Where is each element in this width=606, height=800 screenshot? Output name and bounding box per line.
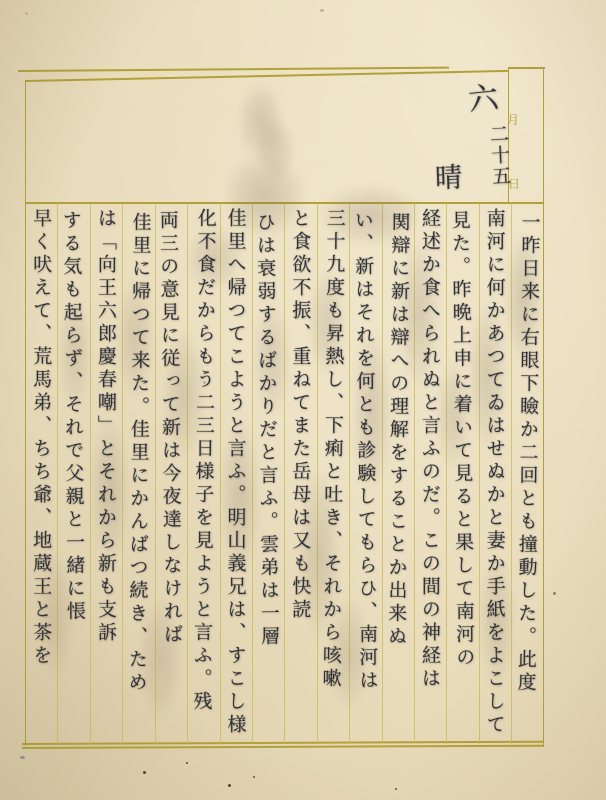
text-column: は「向王六郎慶春嘲」とそれから新も支訴 xyxy=(90,208,122,742)
paper-speck xyxy=(20,756,25,759)
paper-speck xyxy=(320,9,324,12)
text-column: 両三の意見に従って新は今夜達しなければ xyxy=(152,210,190,742)
text-column: 佳里に帰つて来た。佳里にかんばつ続き、ため xyxy=(120,212,157,742)
paper-speck xyxy=(186,762,188,764)
text-column: 三十九度も昇熱し、下痢と吐き、それから咳嗽 xyxy=(314,208,351,742)
manuscript-page: 六 月 二十五 日 晴 一昨日来に右眼下瞼か二回とも撞動した。此度 南河に何かあ… xyxy=(0,0,606,800)
text-column: い、新はそれを何とも診験してもらひ、南河は xyxy=(346,210,384,742)
bottom-rule-outer xyxy=(22,745,544,749)
text-column: 佳里へ帰つてこようと言ふ。明山義兄は、すこし様 xyxy=(219,208,251,742)
text-column: ひは衰弱するばかりだと言ふ。雲弟は一層 xyxy=(249,212,287,742)
text-column: 南河に何かあつてゐはせぬかと妻か手紙をよこして xyxy=(478,208,510,742)
ink-bleed-smudge xyxy=(256,118,296,180)
text-column: と食欲不振、重ねてまた岳母は又も快読 xyxy=(284,208,316,742)
text-column: 一昨日来に右眼下瞼か二回とも撞動した。此度 xyxy=(508,212,543,742)
paper-speck xyxy=(253,776,255,778)
ink-bleed-smudge xyxy=(238,82,284,162)
paper-speck xyxy=(143,771,146,774)
text-column: 化不食だからもう二三日様子を見ようと言ふ。残 xyxy=(184,208,221,742)
outer-top-rule xyxy=(18,67,449,72)
text-grid: 一昨日来に右眼下瞼か二回とも撞動した。此度 南河に何かあつてゐはせぬかと妻か手紙… xyxy=(25,208,543,742)
printed-day-label: 日 xyxy=(508,175,520,192)
paper-speck xyxy=(395,788,397,790)
right-border-rule xyxy=(543,67,544,747)
text-column: 経述か食へられぬと言ふのだ。この間の神経は xyxy=(413,208,445,742)
date-day-top-numeral: 六 xyxy=(466,73,500,120)
text-column: する気も起らず、それで父親と一緒に悵 xyxy=(54,210,92,742)
text-column: 関辯に新は辯への理解をすることか出来ぬ xyxy=(379,212,416,742)
weather-mark: 晴 xyxy=(434,156,462,196)
paper-speck xyxy=(553,592,556,595)
header-box-top-rule xyxy=(26,70,509,82)
paper-speck xyxy=(25,12,28,15)
date-box-top-rule xyxy=(508,67,545,69)
paper-speck xyxy=(228,784,231,787)
text-column: 早く吠えて、荒馬弟、ちち爺、地蔵王と茶を xyxy=(25,208,57,742)
text-column: 見た。昨晩上申に着いて見ると果して南河の xyxy=(443,210,481,742)
